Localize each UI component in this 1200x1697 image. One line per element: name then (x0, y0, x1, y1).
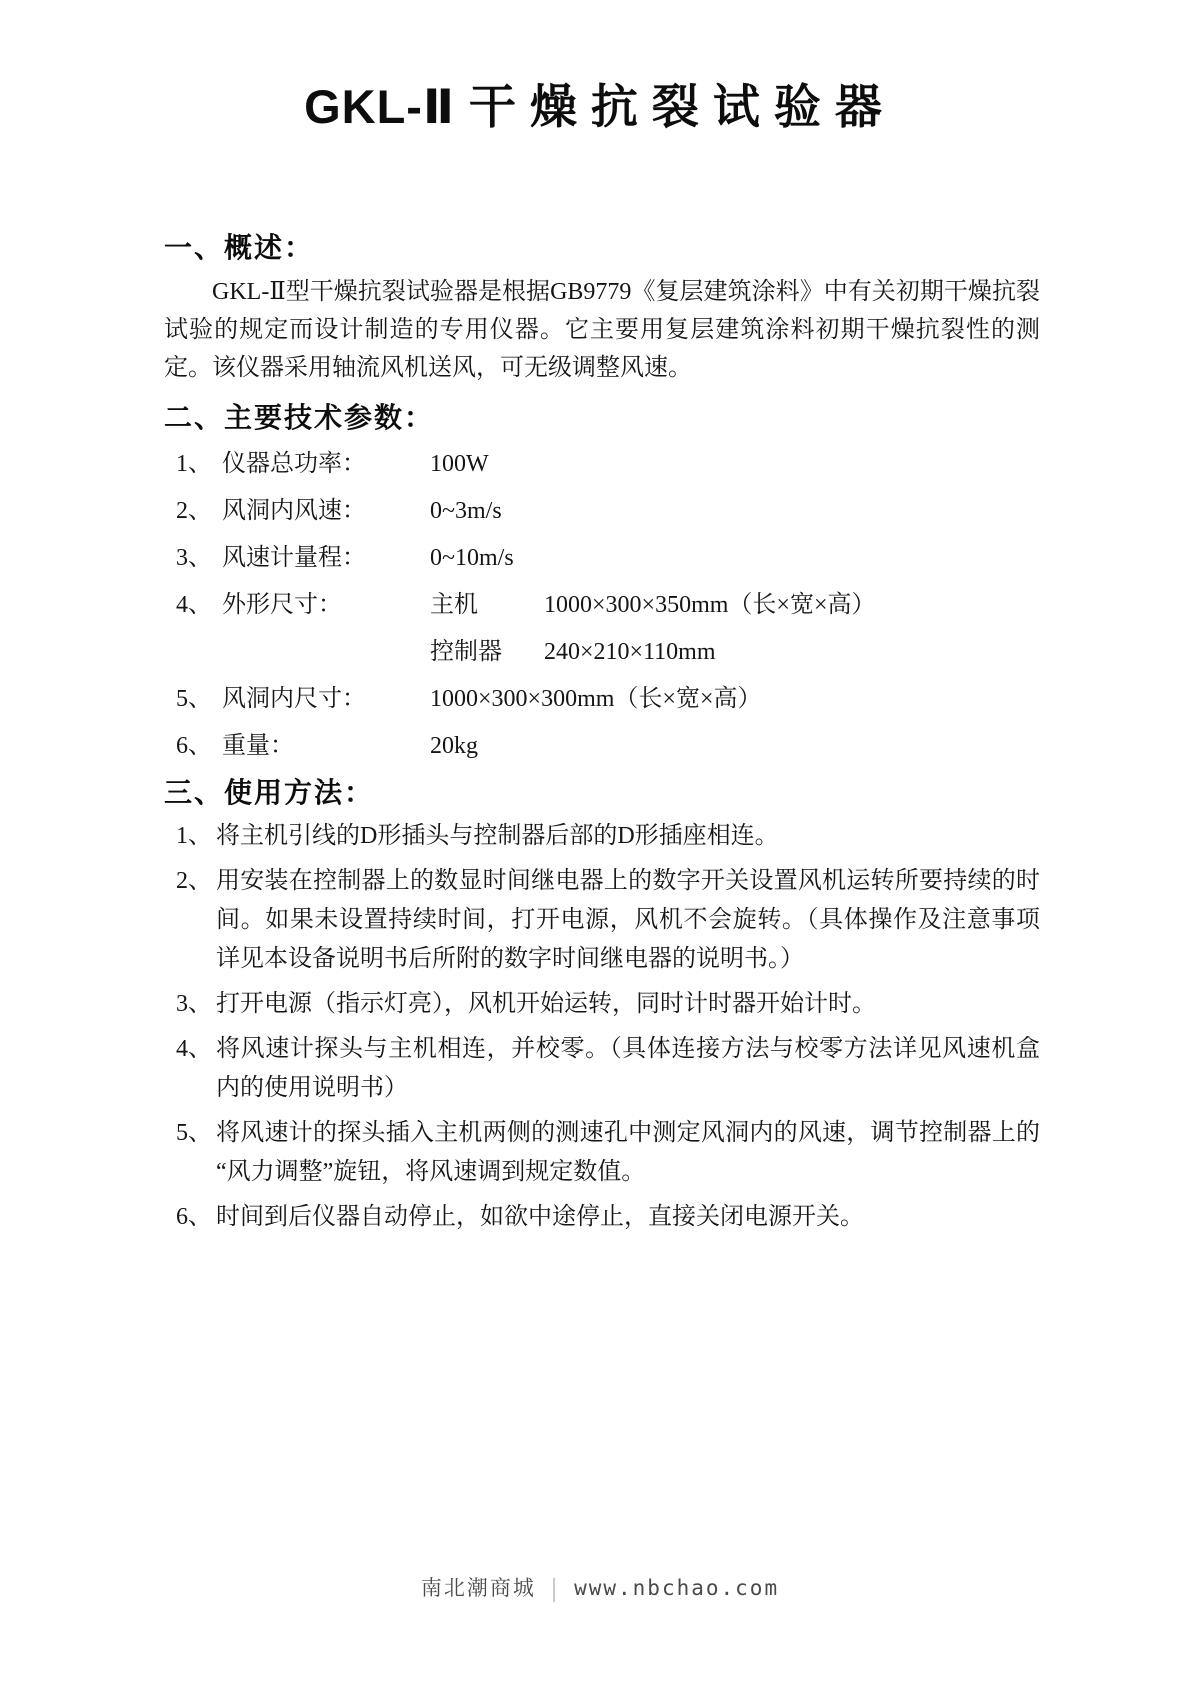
spec-value: 0~10m/s (430, 535, 1040, 582)
usage-steps: 1、 将主机引线的D形插头与控制器后部的D形插座相连。 2、 用安装在控制器上的… (164, 817, 1040, 1237)
usage-step: 3、 打开电源（指示灯亮），风机开始运转，同时计时器开始计时。 (176, 985, 1040, 1024)
spec-value: 1000×300×300mm（长×宽×高） (430, 676, 1040, 723)
spec-value-group: 主机 1000×300×350mm（长×宽×高） 控制器 240×210×110… (430, 582, 1040, 676)
step-text: 时间到后仪器自动停止，如欲中途停止，直接关闭电源开关。 (216, 1198, 1040, 1237)
spec-subrow-controller: 控制器 240×210×110mm (430, 629, 1040, 676)
step-number: 2、 (176, 862, 216, 901)
spec-number: 4、 (176, 582, 222, 629)
spec-sub-name: 主机 (430, 582, 544, 629)
spec-value: 0~3m/s (430, 488, 1040, 535)
spec-sub-name: 控制器 (430, 629, 544, 676)
spec-sub-value: 240×210×110mm (544, 629, 716, 676)
step-text: 打开电源（指示灯亮），风机开始运转，同时计时器开始计时。 (216, 985, 1040, 1024)
step-number: 4、 (176, 1030, 216, 1069)
step-text: 将风速计的探头插入主机两侧的测速孔中测定风洞内的风速，调节控制器上的“风力调整”… (216, 1114, 1040, 1192)
usage-step: 2、 用安装在控制器上的数显时间继电器上的数字开关设置风机运转所要持续的时间。如… (176, 862, 1040, 979)
usage-step: 5、 将风速计的探头插入主机两侧的测速孔中测定风洞内的风速，调节控制器上的“风力… (176, 1114, 1040, 1192)
spec-label: 风洞内尺寸： (222, 676, 430, 723)
usage-step: 1、 将主机引线的D形插头与控制器后部的D形插座相连。 (176, 817, 1040, 856)
title-name: 干燥抗裂试验器 (469, 80, 896, 133)
spec-row-anemometer-range: 3、 风速计量程： 0~10m/s (176, 535, 1040, 582)
step-number: 5、 (176, 1114, 216, 1153)
step-text: 将风速计探头与主机相连，并校零。（具体连接方法与校零方法详见风速机盒内的使用说明… (216, 1030, 1040, 1108)
spec-label: 外形尺寸： (222, 582, 430, 629)
document-content: 一、概述： GKL-Ⅱ型干燥抗裂试验器是根据GB9779《复层建筑涂料》中有关初… (164, 231, 1040, 1237)
step-number: 6、 (176, 1198, 216, 1237)
page-footer: 南北潮商城|www.nbchao.com (0, 1572, 1200, 1602)
spec-sub-value: 1000×300×350mm（长×宽×高） (544, 582, 875, 629)
overview-heading: 一、概述： (164, 231, 1040, 265)
spec-label: 风速计量程： (222, 535, 430, 582)
specs-list: 1、 仪器总功率： 100W 2、 风洞内风速： 0~3m/s 3、 风速计量程… (164, 441, 1040, 770)
spec-value: 100W (430, 441, 1040, 488)
footer-separator: | (552, 1573, 558, 1604)
spec-number: 3、 (176, 535, 222, 582)
spec-label: 仪器总功率： (222, 441, 430, 488)
footer-site-name: 南北潮商城 (421, 1576, 536, 1600)
usage-step: 6、 时间到后仪器自动停止，如欲中途停止，直接关闭电源开关。 (176, 1198, 1040, 1237)
spec-value: 20kg (430, 723, 1040, 770)
step-text: 用安装在控制器上的数显时间继电器上的数字开关设置风机运转所要持续的时间。如果未设… (216, 862, 1040, 979)
spec-number: 2、 (176, 488, 222, 535)
spec-number: 6、 (176, 723, 222, 770)
spec-row-dimensions: 4、 外形尺寸： 主机 1000×300×350mm（长×宽×高） 控制器 24… (176, 582, 1040, 676)
usage-step: 4、 将风速计探头与主机相连，并校零。（具体连接方法与校零方法详见风速机盒内的使… (176, 1030, 1040, 1108)
spec-subrow-host: 主机 1000×300×350mm（长×宽×高） (430, 582, 1040, 629)
spec-row-weight: 6、 重量： 20kg (176, 723, 1040, 770)
step-text: 将主机引线的D形插头与控制器后部的D形插座相连。 (216, 817, 1040, 856)
overview-paragraph: GKL-Ⅱ型干燥抗裂试验器是根据GB9779《复层建筑涂料》中有关初期干燥抗裂试… (164, 273, 1040, 387)
usage-heading: 三、使用方法： (164, 776, 1040, 810)
spec-label: 风洞内风速： (222, 488, 430, 535)
spec-number: 1、 (176, 441, 222, 488)
spec-number: 5、 (176, 676, 222, 723)
spec-row-tunnel-speed: 2、 风洞内风速： 0~3m/s (176, 488, 1040, 535)
footer-url: www.nbchao.com (574, 1576, 779, 1600)
document-title: GKL-Ⅱ干燥抗裂试验器 (0, 0, 1200, 135)
spec-row-tunnel-size: 5、 风洞内尺寸： 1000×300×300mm（长×宽×高） (176, 676, 1040, 723)
specs-heading: 二、主要技术参数： (164, 401, 1040, 435)
step-number: 1、 (176, 817, 216, 856)
step-number: 3、 (176, 985, 216, 1024)
document-page: GKL-Ⅱ干燥抗裂试验器 一、概述： GKL-Ⅱ型干燥抗裂试验器是根据GB977… (0, 0, 1200, 1697)
spec-label: 重量： (222, 723, 430, 770)
title-model: GKL-Ⅱ (304, 80, 455, 133)
spec-row-power: 1、 仪器总功率： 100W (176, 441, 1040, 488)
